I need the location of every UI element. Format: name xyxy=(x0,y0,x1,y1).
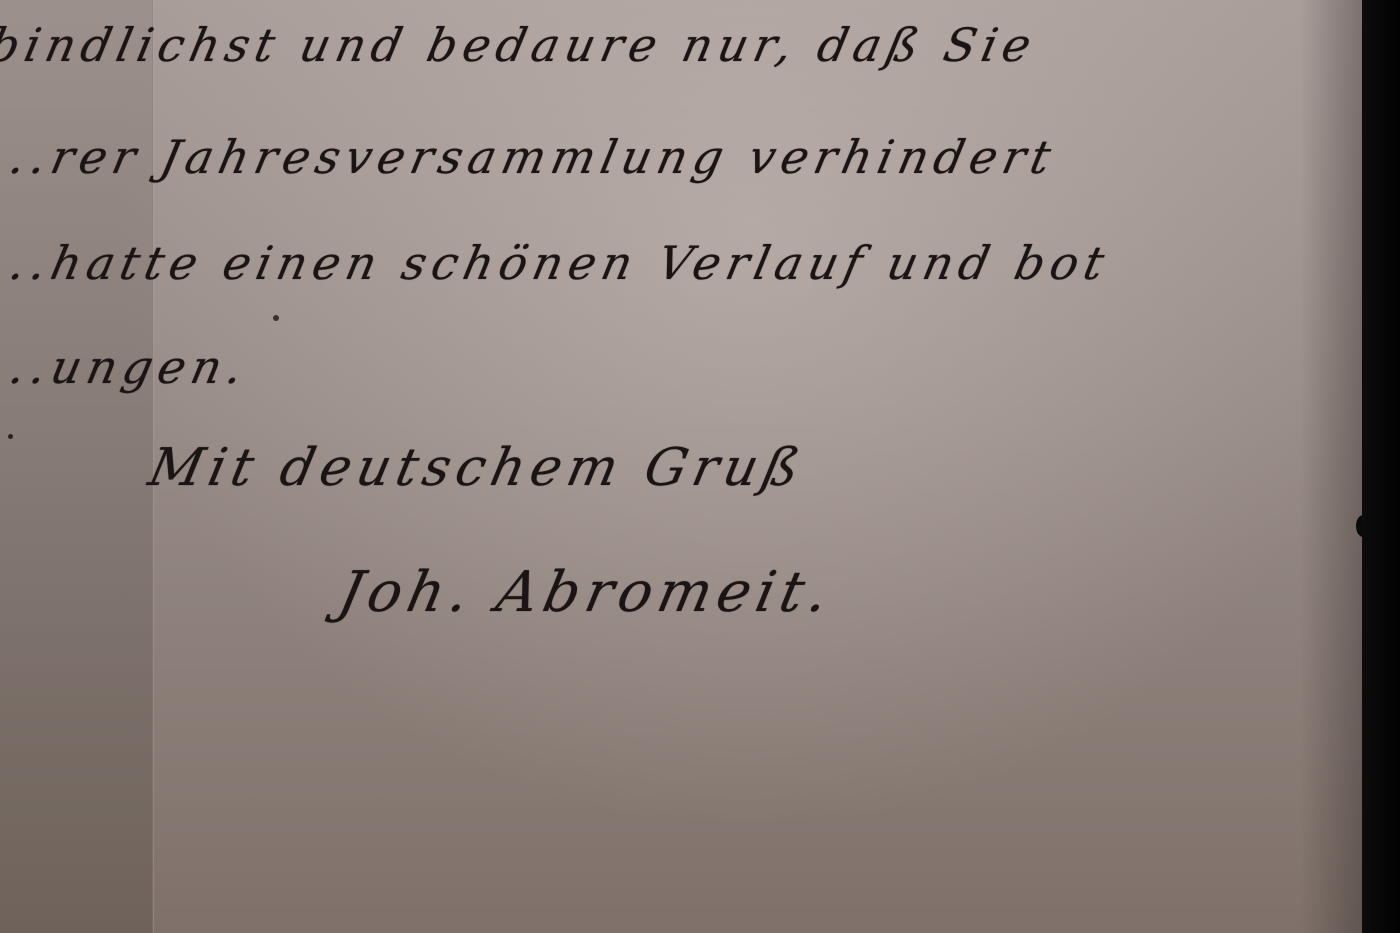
ink-speck xyxy=(273,315,279,321)
letter-line-1: bindlichst und bedaure nur, daß Sie xyxy=(0,18,1042,72)
letter-line-3: ...hatte einen schönen Verlauf und bot xyxy=(0,236,1115,290)
letter-closing: Mit deutschem Gruß xyxy=(144,438,811,498)
letter-signature: Joh. Abromeit. xyxy=(333,560,840,625)
letter-line-2: ...rer Jahresversammlung verhindert xyxy=(0,130,1062,184)
ink-speck xyxy=(8,434,13,439)
paper-edge-shadow xyxy=(1300,0,1362,933)
letter-paper: bindlichst und bedaure nur, daß Sie ...r… xyxy=(0,0,1362,933)
dark-background xyxy=(1362,0,1400,933)
letter-line-4: ...ungen. xyxy=(0,340,254,394)
